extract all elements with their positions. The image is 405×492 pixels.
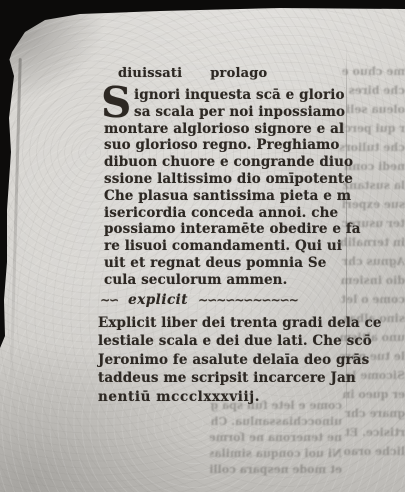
showthrough-line: ne tenerona ne forme e cose	[210, 430, 342, 446]
colophon-text: Explicit liber dei trenta gradi dela ce …	[98, 314, 366, 406]
prologue-text: ignori inquesta scā e glorio sa scala pe…	[104, 87, 366, 289]
header-word-right: prolago	[210, 66, 267, 81]
header-line: diuissati prolago	[118, 66, 358, 81]
text-line: possiamo interamēte obedire e fa	[104, 221, 366, 238]
showthrough-line: Ni uoi conqua similasse a q	[210, 446, 342, 462]
text-line: lestiale scala e dei due lati. Che scō	[98, 332, 366, 350]
flourish-left-ornament: ∼∽	[100, 293, 118, 307]
text-line: dibuon chuore e congrande diuo	[104, 154, 366, 171]
text-line: Che plasua santissima pieta e m	[104, 188, 366, 205]
text-line: cula seculorum ammen.	[104, 272, 366, 289]
colophon-date-line: nentiū mccclxxxviij.	[98, 388, 366, 406]
explicit-word: explicit	[128, 292, 188, 308]
text-line: Explicit liber dei trenta gradi dela ce	[98, 314, 366, 332]
text-line: ignori inquesta scā e glorio	[134, 87, 366, 104]
text-line: suo glorioso regno. Preghiamo	[104, 137, 366, 154]
showthrough-bottom-block: come e lete fun spa gnano uinocchiassanl…	[210, 398, 342, 488]
text-line: taddeus me scripsit incarcere Jan	[98, 369, 366, 387]
text-line: re lisuoi comandamenti. Qui ui	[104, 238, 366, 255]
explicit-rubric: ∼∽ explicit ∼∽∼∽∼∽∼∽∼∽∼	[100, 292, 330, 308]
showthrough-line: rtisice. Et	[340, 423, 405, 442]
showthrough-line: liche orao	[340, 442, 405, 461]
text-line: isericordia conceda annoi. che	[104, 205, 366, 222]
showthrough-line: uinocchiassanlua. Che la pe	[210, 414, 342, 430]
text-line: Jeronimo fe asalute delaīa deo grās	[98, 351, 366, 369]
showthrough-line: gnare chr	[340, 404, 405, 423]
manuscript-photo: me chuo e che bires oleua seli r qui per…	[0, 0, 405, 492]
text-line: ssione laltissimo dio omīpotente	[104, 171, 366, 188]
text-line: uit et regnat deus pomnia Se	[104, 255, 366, 272]
text-line: montare alglorioso signore e al	[104, 121, 366, 138]
showthrough-line: et mode nespara colli tan d	[210, 462, 342, 478]
showthrough-line: come o let	[340, 290, 405, 309]
text-line: sa scala per noi inpossiamo	[134, 104, 366, 121]
flourish-right-ornament: ∼∽∼∽∼∽∼∽∼∽∼	[198, 293, 298, 307]
